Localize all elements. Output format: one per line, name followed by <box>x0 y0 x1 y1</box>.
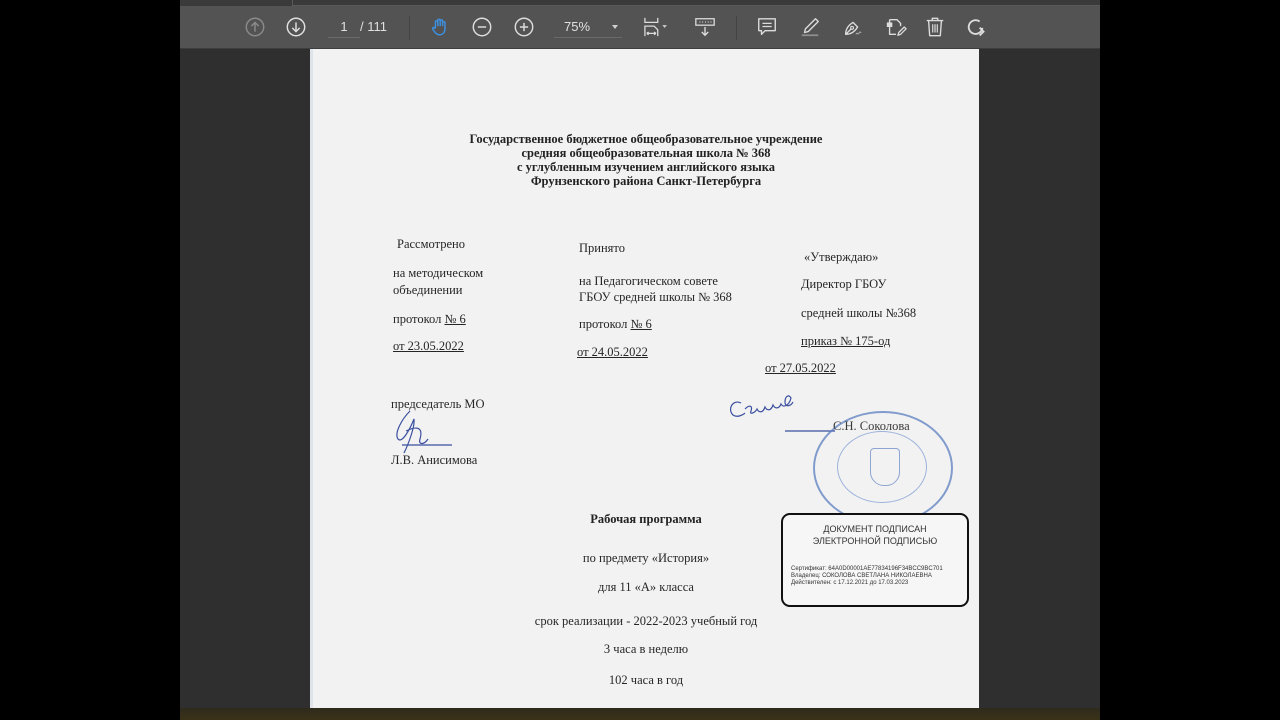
pdf-viewer: 1 / 111 75% <box>180 0 1100 720</box>
fit-page-icon <box>641 16 669 38</box>
arrow-up-circle-icon <box>244 16 266 38</box>
comment-button[interactable] <box>755 15 779 39</box>
reviewed-date: от 23.05.2022 <box>393 339 464 354</box>
highlighter-icon <box>799 16 821 38</box>
approved-order: приказ № 175-од <box>801 334 890 349</box>
rotate-clockwise-icon <box>965 16 987 38</box>
approved-date: от 27.05.2022 <box>765 361 836 376</box>
chair-name: Л.В. Анисимова <box>391 453 477 468</box>
signature-sokolova <box>723 389 843 439</box>
pdf-toolbar: 1 / 111 75% <box>180 6 1100 49</box>
header-line: Фрунзенского района Санкт-Петербурга <box>313 174 979 189</box>
header-line: Государственное бюджетное общеобразовате… <box>313 132 979 147</box>
edit-pdf-button[interactable] <box>884 15 908 39</box>
accepted-protocol: протокол № 6 <box>579 317 652 332</box>
trash-icon <box>924 16 946 38</box>
program-class: для 11 «А» класса <box>313 580 979 595</box>
hand-icon <box>429 16 451 38</box>
esig-title: ЭЛЕКТРОННОЙ ПОДПИСЬЮ <box>783 536 967 546</box>
zoom-level-value: 75% <box>564 17 590 37</box>
program-yearly-hours: 102 часа в год <box>313 673 979 688</box>
accepted-title: Принято <box>579 241 625 256</box>
header-line: средняя общеобразовательная школа № 368 <box>313 146 979 161</box>
bottom-strip <box>180 708 1100 720</box>
signature-anisimova <box>388 407 458 457</box>
approved-line: Директор ГБОУ <box>801 277 886 292</box>
scroll-mode-icon <box>694 16 716 38</box>
fill-sign-icon <box>842 16 864 38</box>
esig-owner: Владелец: СОКОЛОВА СВЕТЛАНА НИКОЛАЕВНА <box>791 573 932 579</box>
fill-sign-button[interactable] <box>841 15 865 39</box>
accepted-line: ГБОУ средней школы № 368 <box>579 290 732 305</box>
program-weekly-hours: 3 часа в неделю <box>313 642 979 657</box>
previous-page-button[interactable] <box>243 15 267 39</box>
comment-icon <box>756 16 778 38</box>
approved-line: средней школы №368 <box>801 306 916 321</box>
toolbar-divider <box>736 16 737 40</box>
coat-of-arms-icon <box>870 448 900 486</box>
pdf-page: Государственное бюджетное общеобразовате… <box>310 49 979 709</box>
approved-title: «Утверждаю» <box>804 250 878 265</box>
zoom-level-dropdown[interactable]: 75% <box>554 17 622 38</box>
esig-certificate: Сертификат: 64A0D00001AE77834196F34BCC9B… <box>791 566 943 572</box>
zoom-out-button[interactable] <box>470 15 494 39</box>
toolbar-divider <box>409 16 410 40</box>
arrow-down-circle-icon <box>285 16 307 38</box>
accepted-line: на Педагогическом совете <box>579 274 718 289</box>
reviewed-title: Рассмотрено <box>397 237 465 252</box>
program-title: Рабочая программа <box>313 512 979 527</box>
scroll-mode-button[interactable] <box>693 15 717 39</box>
delete-button[interactable] <box>923 15 947 39</box>
zoom-in-button[interactable] <box>512 15 536 39</box>
plus-circle-icon <box>513 16 535 38</box>
director-name: С.Н. Соколова <box>833 419 910 434</box>
reviewed-line: объединении <box>393 283 463 298</box>
chevron-down-icon <box>612 25 618 29</box>
highlight-button[interactable] <box>798 15 822 39</box>
program-subject: по предмету «История» <box>313 551 979 566</box>
minus-circle-icon <box>471 16 493 38</box>
header-line: с углубленным изучением английского язык… <box>313 160 979 175</box>
edit-pdf-icon <box>885 16 907 38</box>
total-pages: / 111 <box>360 17 387 37</box>
fit-page-button[interactable] <box>640 15 670 39</box>
accepted-date: от 24.05.2022 <box>577 345 648 360</box>
hand-tool-button[interactable] <box>428 15 452 39</box>
reviewed-protocol: протокол № 6 <box>393 312 466 327</box>
next-page-button[interactable] <box>284 15 308 39</box>
program-period: срок реализации - 2022-2023 учебный год <box>313 614 979 629</box>
rotate-button[interactable] <box>964 15 988 39</box>
current-page-input[interactable]: 1 <box>328 17 360 38</box>
reviewed-line: на методическом <box>393 266 483 281</box>
